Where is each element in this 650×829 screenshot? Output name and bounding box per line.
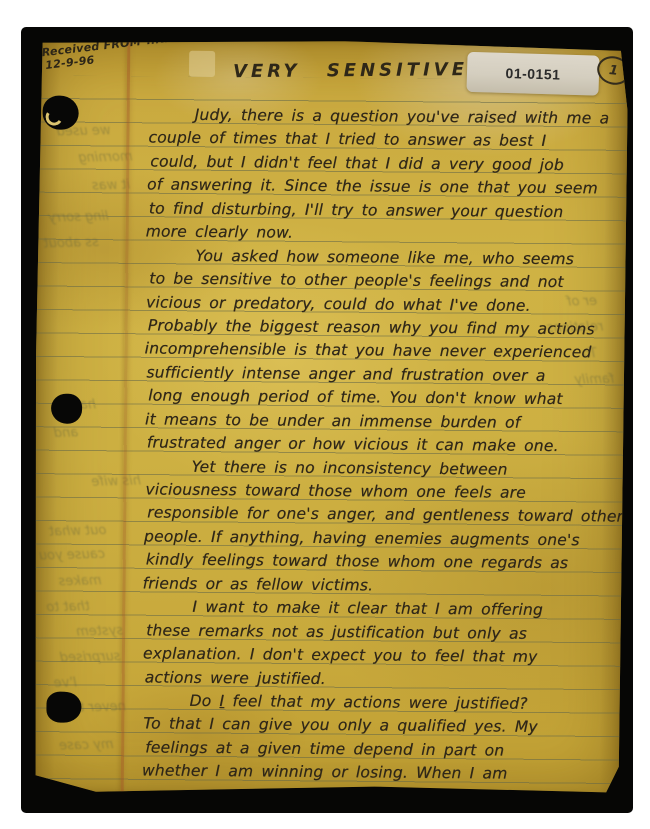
page-number: 1 bbox=[608, 62, 619, 78]
letter-line: whether I am winning or losing. When I a… bbox=[142, 760, 620, 788]
letter-paper: Received FROM T.K. 12-9-96 VERY SENSITIV… bbox=[31, 37, 630, 798]
page-title: VERY SENSITIVE bbox=[233, 59, 468, 82]
exhibit-label-sticker: 01-0151 bbox=[466, 52, 599, 96]
tape-patch bbox=[189, 51, 215, 77]
punch-hole-top bbox=[43, 95, 79, 129]
scanned-letter-page: Received FROM T.K. 12-9-96 VERY SENSITIV… bbox=[0, 0, 650, 829]
exhibit-label-text: 01-0151 bbox=[505, 65, 560, 83]
letter-body: Judy, there is a question you've raised … bbox=[143, 103, 627, 787]
punch-hole-middle bbox=[51, 394, 82, 424]
